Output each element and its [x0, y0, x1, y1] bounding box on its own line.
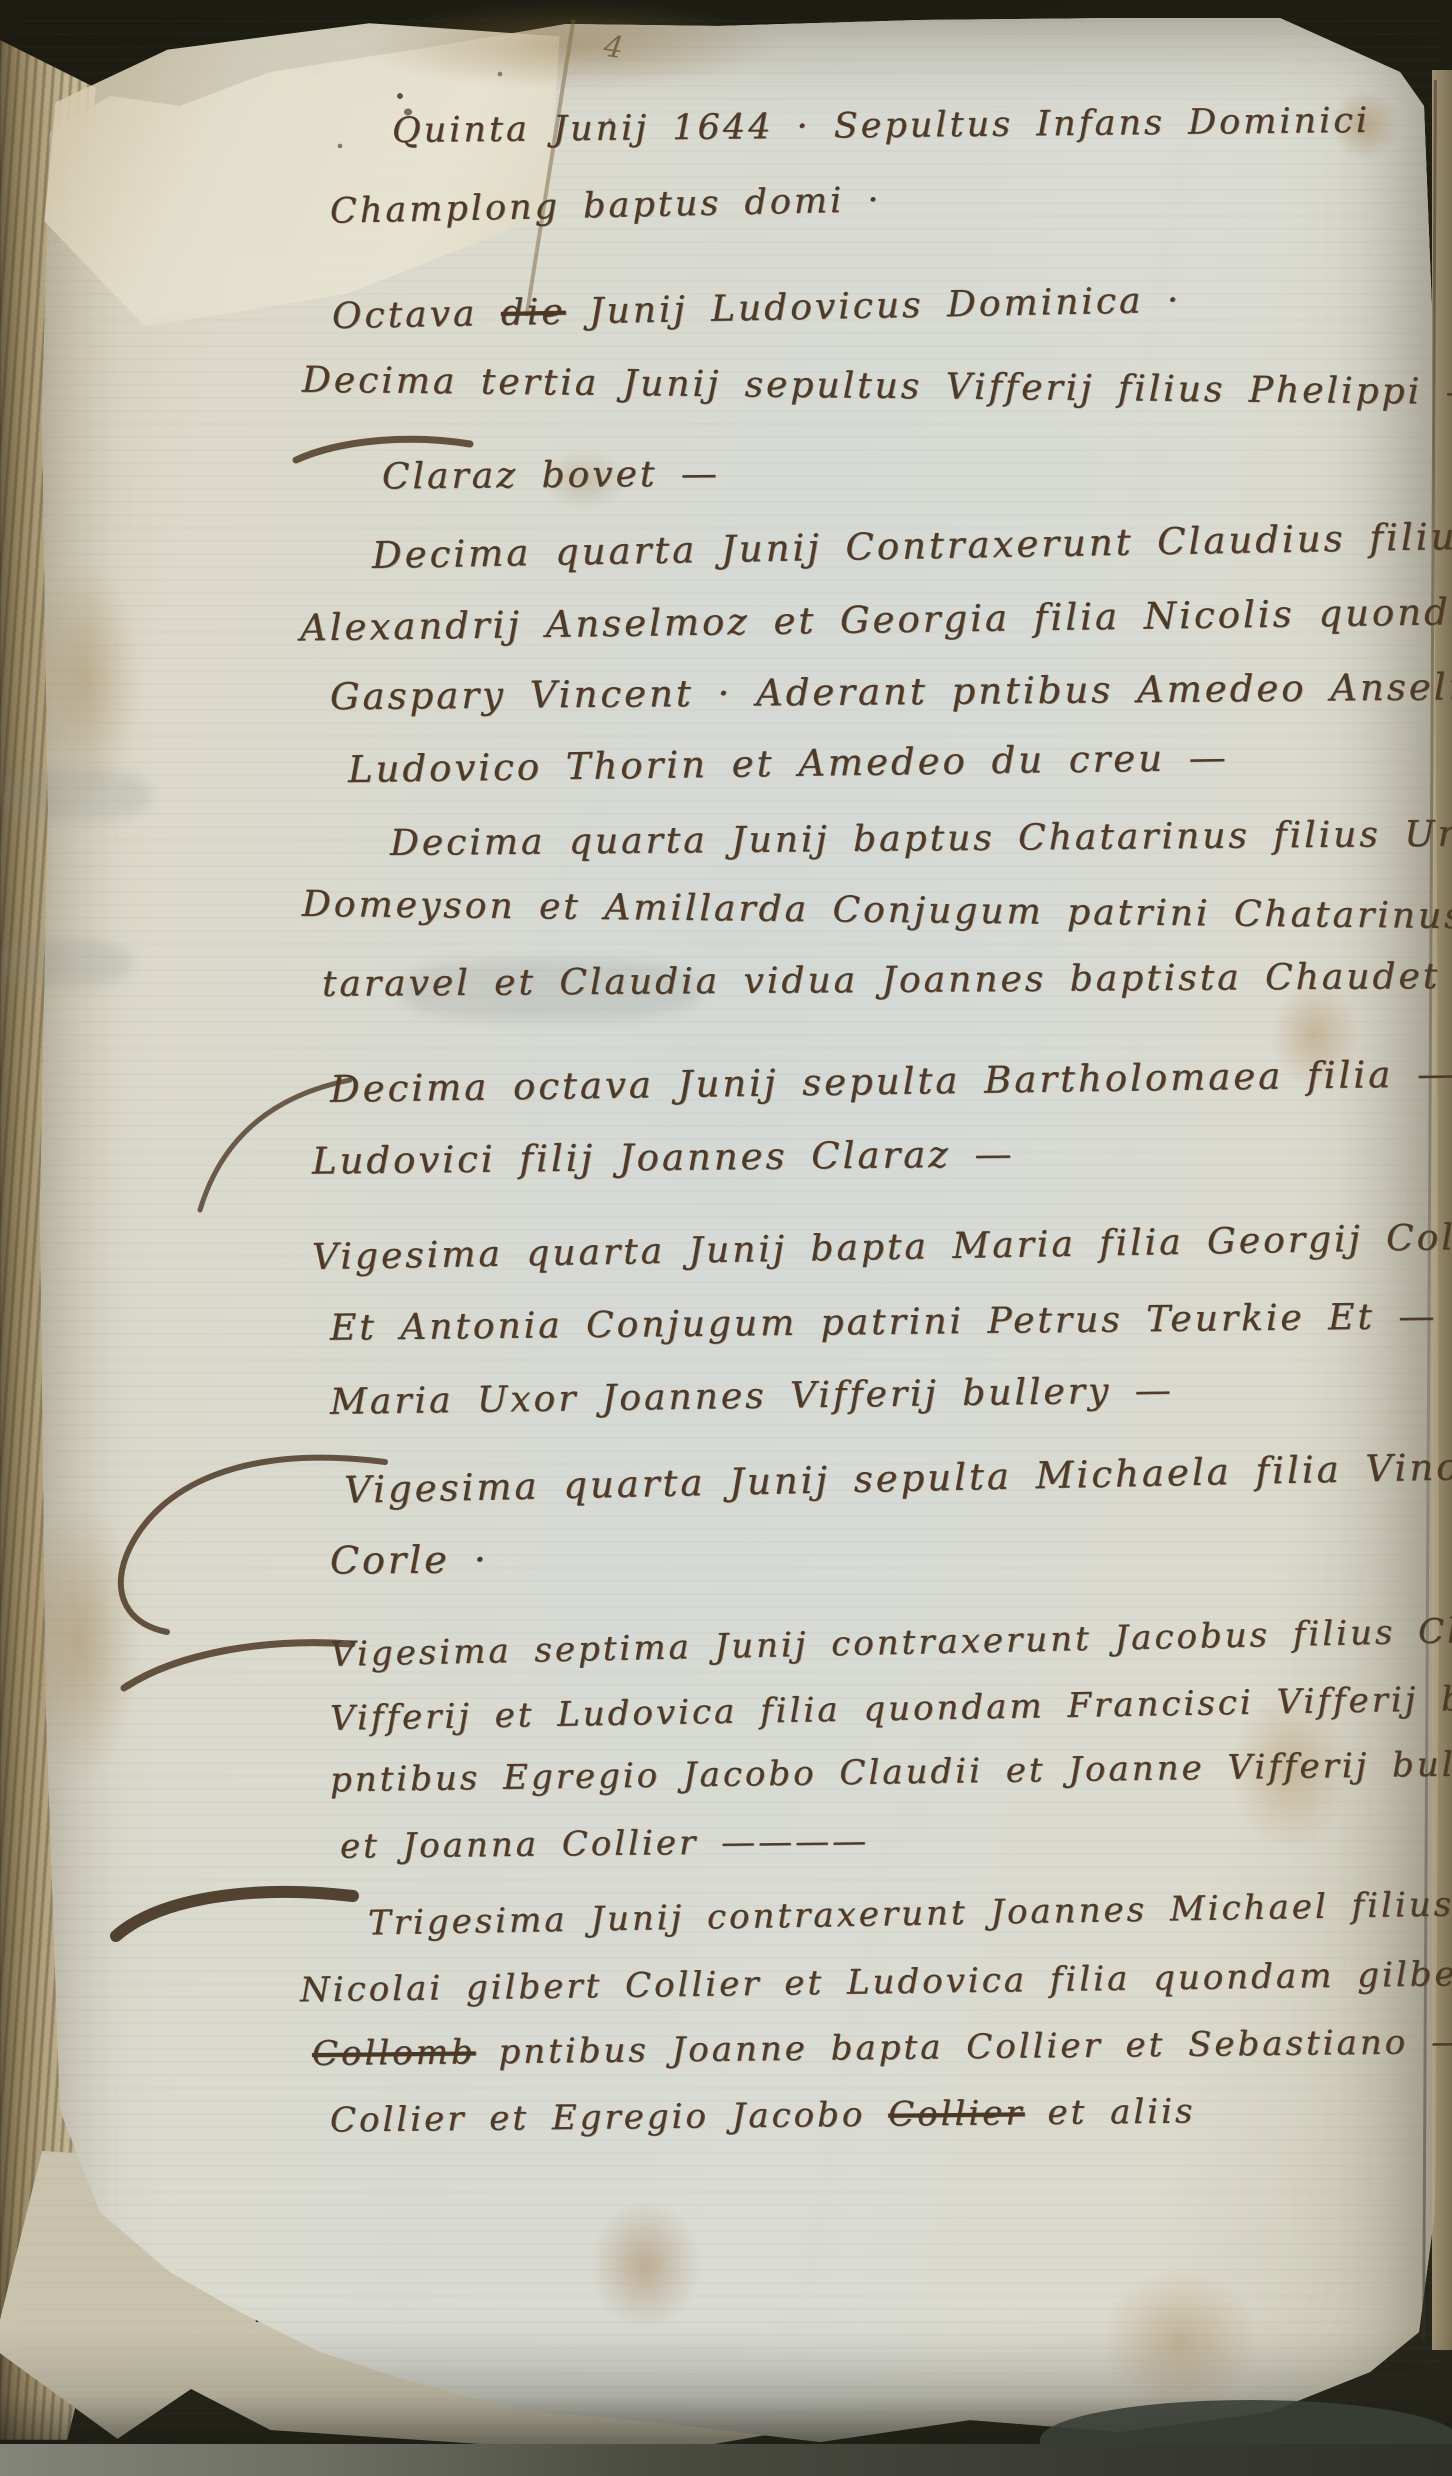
strikethrough-text: die	[501, 292, 567, 334]
line-text: et Joanna Collier ————	[340, 1821, 870, 1867]
line-text: et aliis	[1024, 2091, 1195, 2133]
line-text: Corle ·	[330, 1537, 489, 1582]
show-through	[0, 940, 130, 986]
manuscript-line: Ludovici filij Joannes Claraz —	[312, 1132, 1015, 1182]
manuscript-line: et Joanna Collier ————	[340, 1821, 870, 1867]
strikethrough-text: Collier	[888, 2093, 1025, 2134]
line-text: Ludovici filij Joannes Claraz —	[312, 1132, 1015, 1182]
line-text: Octava	[332, 293, 502, 337]
manuscript-line: Corle ·	[330, 1537, 489, 1582]
strikethrough-text: Collomb	[312, 2032, 476, 2074]
table-surface-strip	[0, 2444, 1452, 2476]
show-through	[0, 770, 150, 820]
line-text: taravel et Claudia vidua Joannes baptist…	[322, 956, 1441, 1005]
line-text: Collier et Egregio Jacobo	[330, 2095, 889, 2141]
manuscript-line: taravel et Claudia vidua Joannes baptist…	[322, 956, 1441, 1005]
manuscript-line: Claraz bovet —	[382, 454, 720, 498]
line-text: Claraz bovet —	[382, 454, 720, 498]
manuscript-photo: 4 Quinta Junij 1644 · Sepultus Infans Do…	[0, 0, 1452, 2476]
